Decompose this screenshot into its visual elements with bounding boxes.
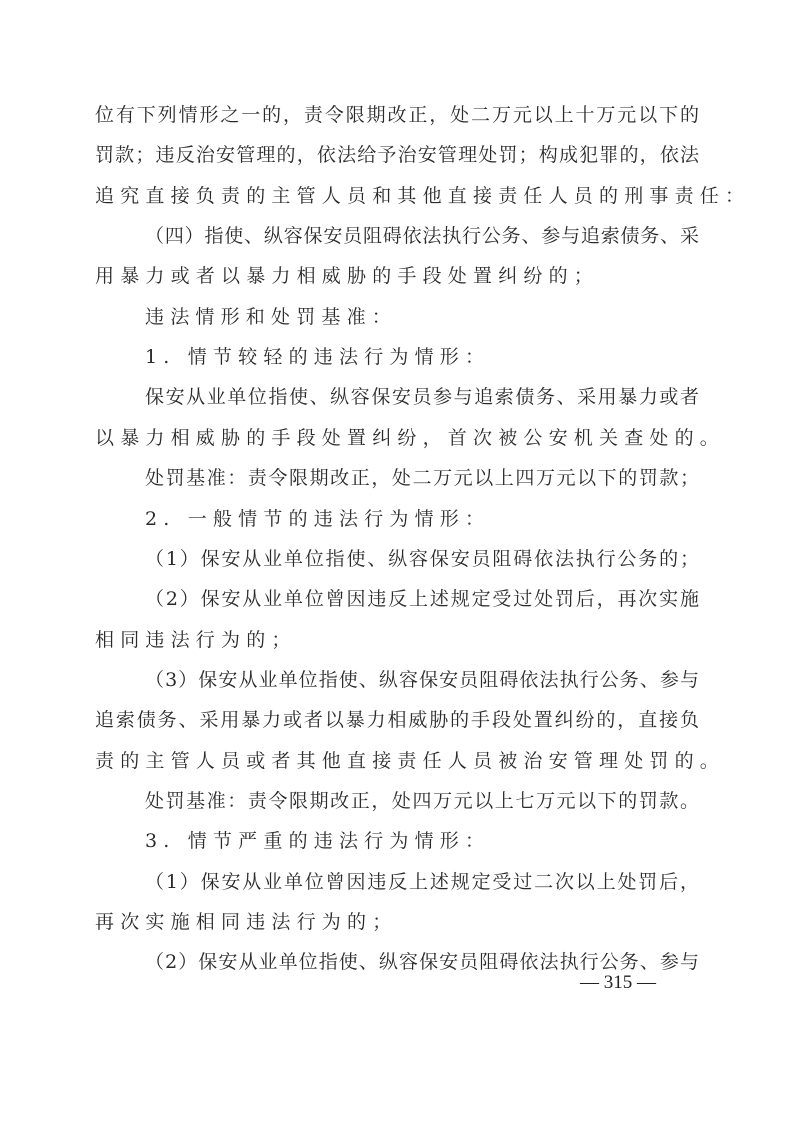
penalty-standard: 处罚基准：责令限期改正，处二万元以上四万元以下的罚款； xyxy=(145,463,699,493)
list-item: （1）保安从业单位曾因违反上述规定受过二次以上处罚后， xyxy=(145,867,699,897)
paragraph-line: 责的主管人员或者其他直接责任人员被治安管理处罚的。 xyxy=(95,746,699,776)
paragraph-line: 追究直接负责的主管人员和其他直接责任人员的刑事责任： xyxy=(95,181,699,211)
paragraph-line: 位有下列情形之一的，责令限期改正，处二万元以上十万元以下的 xyxy=(95,100,699,130)
paragraph-line: 保安从业单位指使、纵容保安员参与追索债务、采用暴力或者 xyxy=(145,382,699,412)
document-page: 位有下列情形之一的，责令限期改正，处二万元以上十万元以下的 罚款；违反治安管理的… xyxy=(0,0,793,1122)
paragraph-line: 再次实施相同违法行为的； xyxy=(95,907,699,937)
section-heading: 3. 情节严重的违法行为情形： xyxy=(145,826,699,856)
paragraph-line: 追索债务、采用暴力或者以暴力相威胁的手段处置纠纷的，直接负 xyxy=(95,705,699,735)
paragraph-line: 罚款；违反治安管理的，依法给予治安管理处罚；构成犯罪的，依法 xyxy=(95,140,699,170)
section-heading: 违法情形和处罚基准： xyxy=(145,302,699,332)
section-heading: 2. 一般情节的违法行为情形： xyxy=(145,504,699,534)
paragraph-line: 相同违法行为的； xyxy=(95,625,699,655)
penalty-standard: 处罚基准：责令限期改正，处四万元以上七万元以下的罚款。 xyxy=(145,786,699,816)
paragraph-line: （四）指使、纵容保安员阻碍依法执行公务、参与追索债务、采 xyxy=(145,221,699,251)
page-number: — 315 — xyxy=(580,968,680,998)
list-item: （2）保安从业单位曾因违反上述规定受过处罚后，再次实施 xyxy=(145,584,699,614)
list-item: （3）保安从业单位指使、纵容保安员阻碍依法执行公务、参与 xyxy=(145,665,699,695)
list-item: （1）保安从业单位指使、纵容保安员阻碍依法执行公务的； xyxy=(145,544,699,574)
paragraph-line: 以暴力相威胁的手段处置纠纷，首次被公安机关查处的。 xyxy=(95,423,699,453)
paragraph-line: 用暴力或者以暴力相威胁的手段处置纠纷的； xyxy=(95,261,699,291)
section-heading: 1. 情节较轻的违法行为情形： xyxy=(145,342,699,372)
